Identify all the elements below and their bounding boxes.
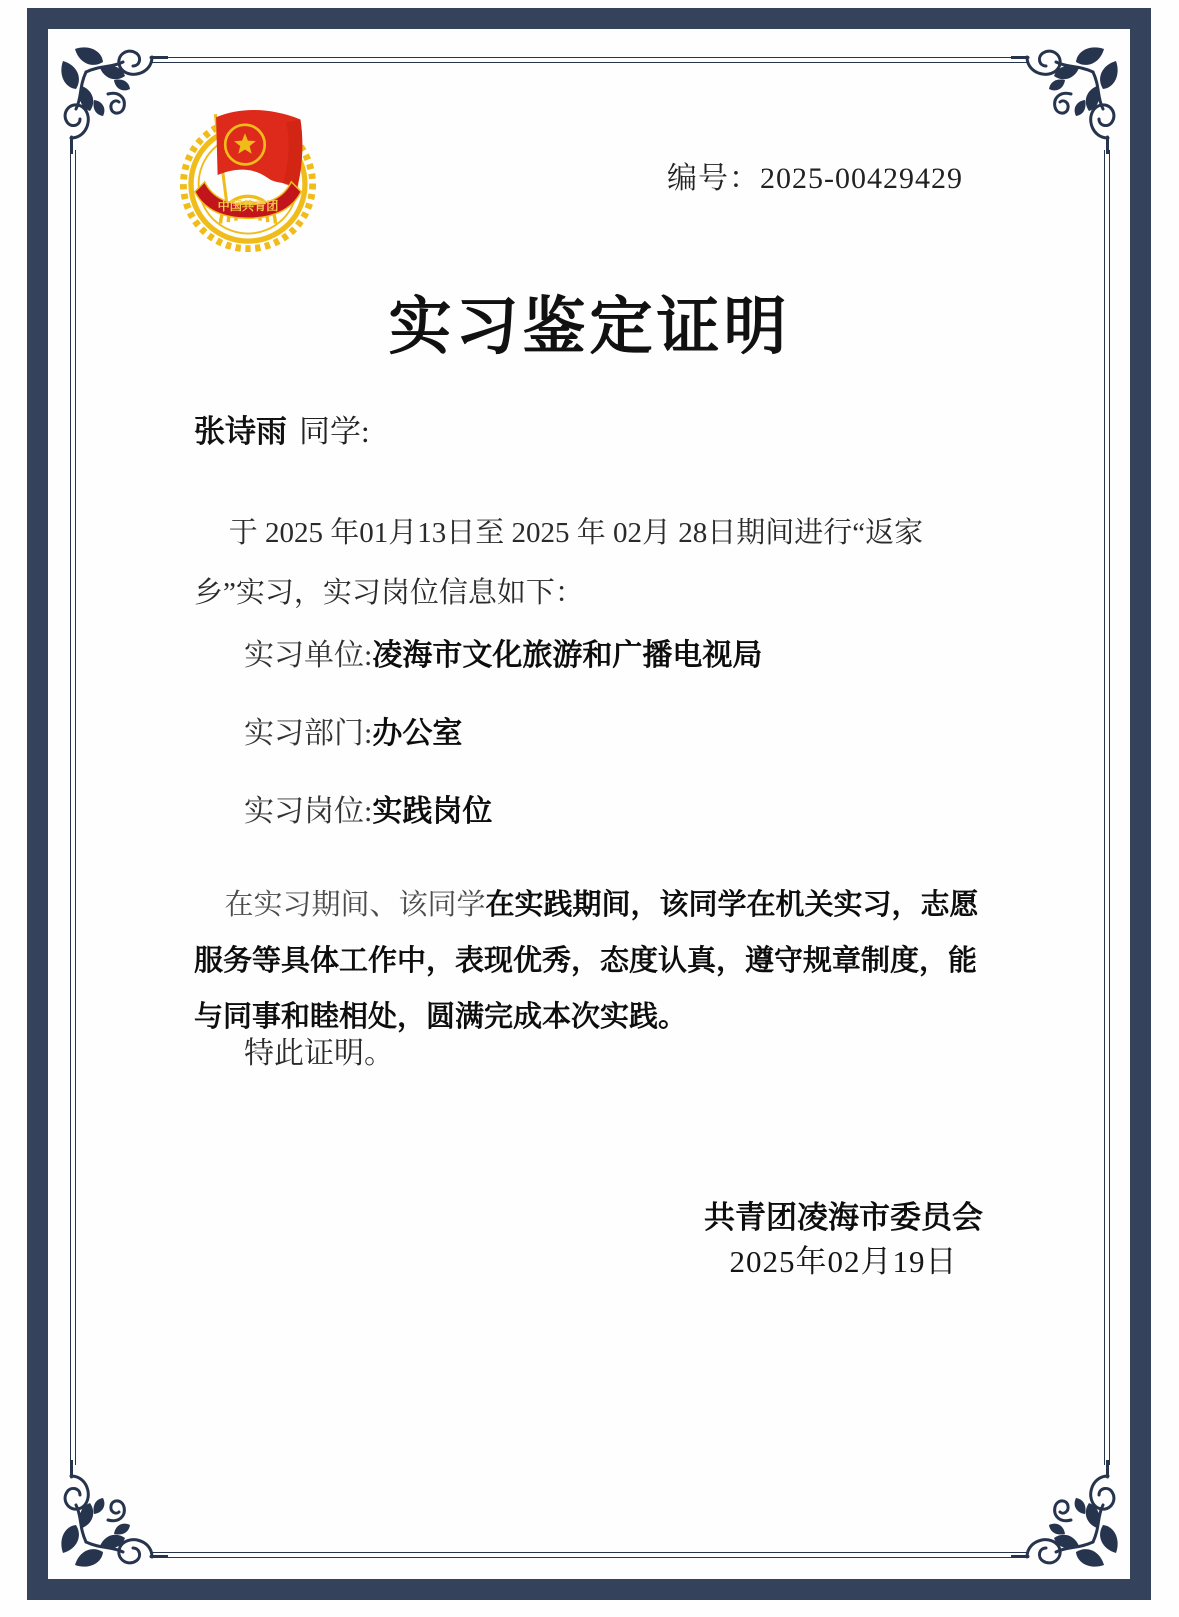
field-department: 实习部门:办公室: [244, 708, 462, 752]
corner-flourish-top-right-icon: [1011, 42, 1123, 154]
salutation-suffix: 同学:: [299, 414, 370, 449]
field-position: 实习岗位:实践岗位: [244, 786, 492, 830]
emblem-banner-text: 中国共青团: [218, 198, 279, 213]
field-unit: 实习单位:凌海市文化旅游和广播电视局: [244, 630, 762, 674]
inner-frame-bottom-line: [150, 1552, 1029, 1558]
corner-flourish-top-left-icon: [56, 42, 168, 154]
signature-block: 共青团凌海市委员会 2025年02月19日: [0, 1196, 983, 1284]
serial-number: 编号：2025-00429429: [0, 153, 963, 197]
field-position-value: 实践岗位: [372, 795, 492, 828]
corner-flourish-bottom-right-icon: [1011, 1460, 1123, 1572]
field-department-label: 实习部门:: [244, 717, 372, 750]
signature-organization: 共青团凌海市委员会: [704, 1196, 983, 1240]
field-position-label: 实习岗位:: [244, 795, 372, 828]
certificate-page: 中国共青团 编号：2025-00429429 实习鉴定证明 张诗雨同学: 于 2…: [0, 0, 1179, 1617]
student-name: 张诗雨: [194, 414, 287, 449]
field-unit-label: 实习单位:: [244, 639, 372, 672]
inner-frame-top-line: [150, 57, 1029, 63]
corner-flourish-bottom-left-icon: [56, 1460, 168, 1572]
closing-line: 特此证明。: [244, 1028, 394, 1072]
evaluation-prefix: 在实习期间、该同学: [224, 889, 485, 921]
field-department-value: 办公室: [372, 717, 462, 750]
certificate-title: 实习鉴定证明: [0, 276, 1179, 367]
intro-paragraph: 于 2025 年01月13日至 2025 年 02月 28日期间进行“返家乡”实…: [194, 503, 994, 623]
signature-date: 2025年02月19日: [704, 1240, 983, 1284]
salutation-line: 张诗雨同学:: [194, 406, 370, 451]
evaluation-paragraph: 在实习期间、该同学在实践期间，该同学在机关实习，志愿服务等具体工作中，表现优秀，…: [194, 877, 994, 1045]
field-unit-value: 凌海市文化旅游和广播电视局: [372, 639, 762, 672]
